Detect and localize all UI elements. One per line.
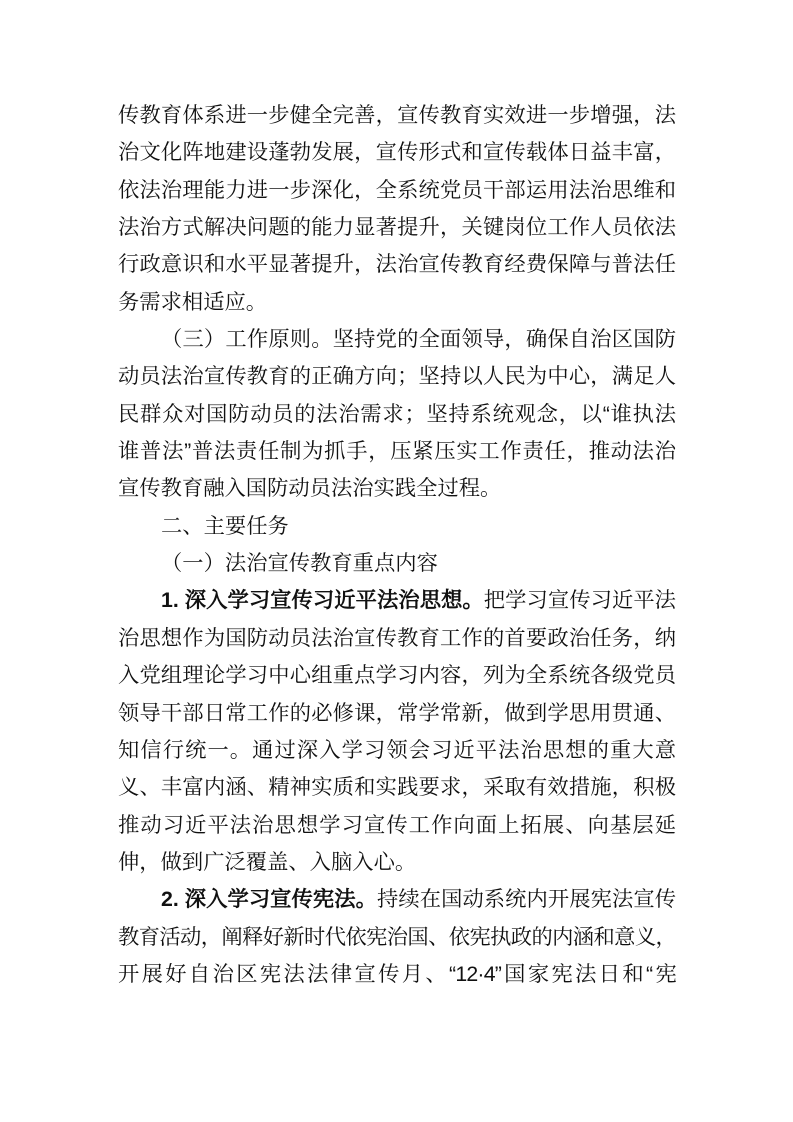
text-line: 务需求相适应。 — [118, 284, 676, 321]
text-line: 传教育体系进一步健全完善，宣传教育实效进一步增强，法 — [118, 97, 676, 134]
text-line: 入党组理论学习中心组重点学习内容，列为全系统各级党员 — [118, 657, 676, 694]
text-run: 务需求相适应。 — [118, 290, 267, 314]
text-run: 伸，做到广泛覆盖、入脑入心。 — [118, 850, 416, 874]
text-run: （一）法治宣传教育重点内容 — [161, 551, 438, 575]
text-run: 民群众对国防动员的法治需求；坚持系统观念，以“谁执法 — [118, 402, 676, 426]
text-run: 持续在国动系统内开展宪法宣传 — [377, 887, 676, 911]
text-run: 宣传教育融入国防动员法治实践全过程。 — [118, 476, 501, 500]
text-line: 宣传教育融入国防动员法治实践全过程。 — [118, 470, 676, 507]
text-run: 行政意识和水平显著提升，法治宣传教育经费保障与普法任 — [118, 252, 676, 276]
text-line: 民群众对国防动员的法治需求；坚持系统观念，以“谁执法 — [118, 396, 676, 433]
text-line: 行政意识和水平显著提升，法治宣传教育经费保障与普法任 — [118, 246, 676, 283]
text-run: 法治方式解决问题的能力显著提升，关键岗位工作人员依法 — [118, 215, 676, 239]
document-text: 传教育体系进一步健全完善，宣传教育实效进一步增强，法治文化阵地建设蓬勃发展，宣传… — [118, 97, 676, 993]
text-line: （三）工作原则。坚持党的全面领导，确保自治区国防 — [118, 321, 676, 358]
text-run: 治思想作为国防动员法治宣传教育工作的首要政治任务，纳 — [118, 626, 676, 650]
heading-run: 1. 深入学习宣传习近平法治思想。 — [161, 588, 484, 612]
text-line: 二、主要任务 — [118, 508, 676, 545]
text-line: 伸，做到广泛覆盖、入脑入心。 — [118, 844, 676, 881]
text-run: 动员法治宣传教育的正确方向；坚持以人民为中心，满足人 — [118, 364, 676, 388]
text-line: 义、丰富内涵、精神实质和实践要求，采取有效措施，积极 — [118, 769, 676, 806]
heading-run: 2. 深入学习宣传宪法。 — [161, 887, 377, 911]
text-run: 义、丰富内涵、精神实质和实践要求，采取有效措施，积极 — [118, 775, 676, 799]
text-line: （一）法治宣传教育重点内容 — [118, 545, 676, 582]
text-run: 开展好自治区宪法法律宣传月、“12·4”国家宪法日和“宪 — [118, 962, 676, 986]
text-line: 治文化阵地建设蓬勃发展，宣传形式和宣传载体日益丰富， — [118, 134, 676, 171]
text-run: 二、主要任务 — [161, 514, 289, 538]
text-run: （三）工作原则。坚持党的全面领导，确保自治区国防 — [161, 327, 676, 351]
text-run: 推动习近平法治思想学习宣传工作向面上拓展、向基层延 — [118, 813, 676, 837]
text-run: 把学习宣传习近平法 — [484, 588, 676, 612]
text-line: 依法治理能力进一步深化，全系统党员干部运用法治思维和 — [118, 172, 676, 209]
text-line: 推动习近平法治思想学习宣传工作向面上拓展、向基层延 — [118, 807, 676, 844]
text-line: 动员法治宣传教育的正确方向；坚持以人民为中心，满足人 — [118, 358, 676, 395]
text-run: 知信行统一。通过深入学习领会习近平法治思想的重大意 — [118, 738, 676, 762]
text-line: 谁普法”普法责任制为抓手，压紧压实工作责任，推动法治 — [118, 433, 676, 470]
text-run: 治文化阵地建设蓬勃发展，宣传形式和宣传载体日益丰富， — [118, 140, 676, 164]
text-run: 谁普法”普法责任制为抓手，压紧压实工作责任，推动法治 — [118, 439, 676, 463]
text-line: 领导干部日常工作的必修课，常学常新，做到学思用贯通、 — [118, 695, 676, 732]
text-line: 治思想作为国防动员法治宣传教育工作的首要政治任务，纳 — [118, 620, 676, 657]
text-run: 依法治理能力进一步深化，全系统党员干部运用法治思维和 — [118, 178, 676, 202]
text-run: 教育活动，阐释好新时代依宪治国、依宪执政的内涵和意义， — [118, 925, 676, 949]
text-line: 法治方式解决问题的能力显著提升，关键岗位工作人员依法 — [118, 209, 676, 246]
text-run: 入党组理论学习中心组重点学习内容，列为全系统各级党员 — [118, 663, 676, 687]
document-page: 传教育体系进一步健全完善，宣传教育实效进一步增强，法治文化阵地建设蓬勃发展，宣传… — [0, 0, 793, 1122]
text-run: 领导干部日常工作的必修课，常学常新，做到学思用贯通、 — [118, 701, 676, 725]
text-run: 传教育体系进一步健全完善，宣传教育实效进一步增强，法 — [118, 103, 676, 127]
text-line: 开展好自治区宪法法律宣传月、“12·4”国家宪法日和“宪 — [118, 956, 676, 993]
text-line: 教育活动，阐释好新时代依宪治国、依宪执政的内涵和意义， — [118, 919, 676, 956]
text-line: 2. 深入学习宣传宪法。持续在国动系统内开展宪法宣传 — [118, 881, 676, 918]
text-line: 1. 深入学习宣传习近平法治思想。把学习宣传习近平法 — [118, 582, 676, 619]
text-line: 知信行统一。通过深入学习领会习近平法治思想的重大意 — [118, 732, 676, 769]
